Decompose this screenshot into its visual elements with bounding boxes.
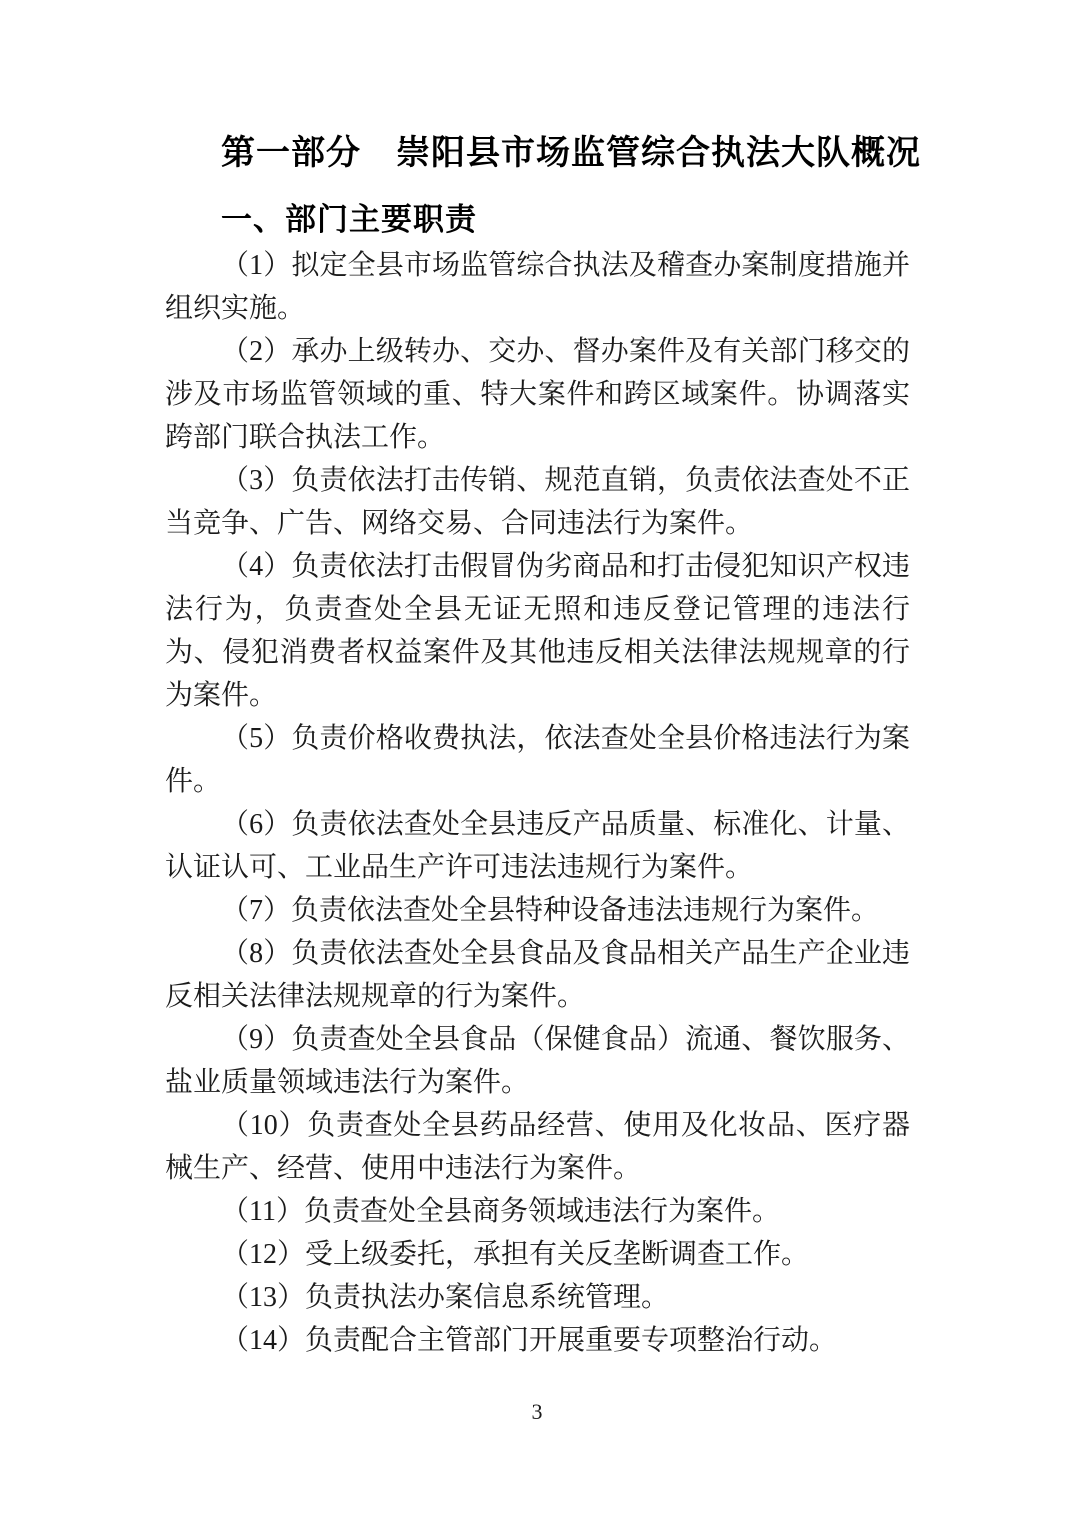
body-paragraph-1: （1）拟定全县市场监管综合执法及稽查办案制度措施并组织实施。 [165, 244, 910, 330]
body-paragraph-5: （5）负责价格收费执法，依法查处全县价格违法行为案件。 [165, 717, 910, 803]
body-paragraph-6: （6）负责依法查处全县违反产品质量、标准化、计量、认证认可、工业品生产许可违法违… [165, 803, 910, 889]
document-page: 第一部分 崇阳县市场监管综合执法大队概况 一、部门主要职责 （1）拟定全县市场监… [0, 0, 1074, 1520]
body-paragraph-8: （8）负责依法查处全县食品及食品相关产品生产企业违反相关法律法规规章的行为案件。 [165, 932, 910, 1018]
body-paragraph-12: （12）受上级委托，承担有关反垄断调查工作。 [165, 1233, 910, 1276]
paragraph-list: （1）拟定全县市场监管综合执法及稽查办案制度措施并组织实施。 （2）承办上级转办… [165, 244, 910, 1362]
body-paragraph-2: （2）承办上级转办、交办、督办案件及有关部门移交的涉及市场监管领域的重、特大案件… [165, 330, 910, 459]
body-paragraph-4: （4）负责依法打击假冒伪劣商品和打击侵犯知识产权违法行为，负责查处全县无证无照和… [165, 545, 910, 717]
body-paragraph-3: （3）负责依法打击传销、规范直销，负责依法查处不正当竞争、广告、网络交易、合同违… [165, 459, 910, 545]
body-paragraph-11: （11）负责查处全县商务领域违法行为案件。 [165, 1190, 910, 1233]
page-number: 3 [532, 1399, 543, 1424]
body-paragraph-13: （13）负责执法办案信息系统管理。 [165, 1276, 910, 1319]
document-content: 第一部分 崇阳县市场监管综合执法大队概况 一、部门主要职责 （1）拟定全县市场监… [165, 130, 910, 1362]
body-paragraph-14: （14）负责配合主管部门开展重要专项整治行动。 [165, 1319, 910, 1362]
body-paragraph-9: （9）负责查处全县食品（保健食品）流通、餐饮服务、盐业质量领域违法行为案件。 [165, 1018, 910, 1104]
body-paragraph-7: （7）负责依法查处全县特种设备违法违规行为案件。 [165, 889, 910, 932]
body-paragraph-10: （10）负责查处全县药品经营、使用及化妆品、医疗器械生产、经营、使用中违法行为案… [165, 1104, 910, 1190]
page-title: 第一部分 崇阳县市场监管综合执法大队概况 [165, 130, 910, 176]
page-footer: 3 [0, 1398, 1074, 1426]
section-heading: 一、部门主要职责 [165, 198, 910, 242]
